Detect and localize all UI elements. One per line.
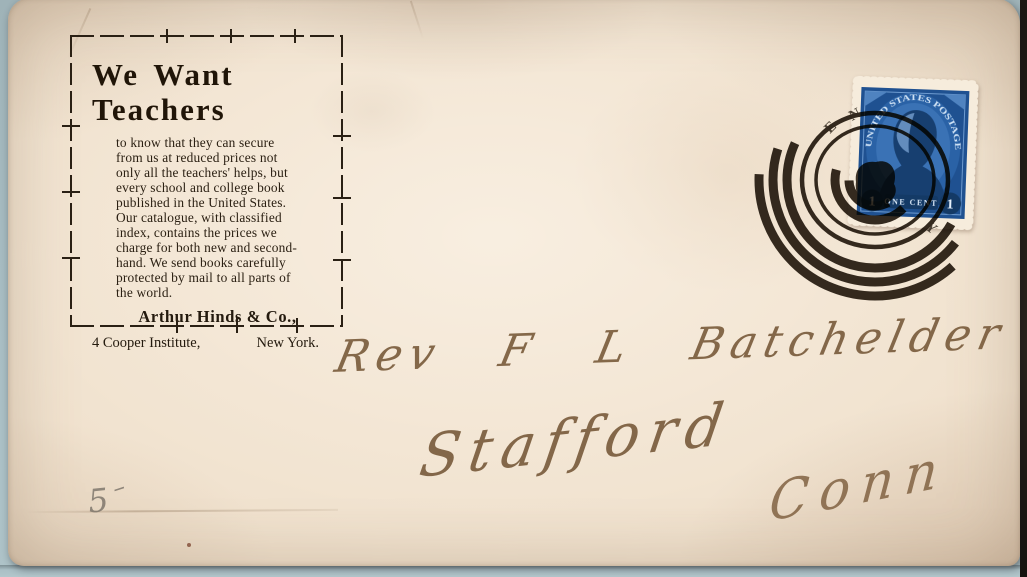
postmark-ink-blob <box>856 161 896 205</box>
envelope: We Want Teachers to know that they can s… <box>8 0 1020 566</box>
handwritten-recipient: Rev F L Batchelder <box>331 308 1012 383</box>
ad-border-ticks-right <box>333 75 351 315</box>
postmark-cancel: E N Y <box>752 96 1002 316</box>
ad-border-ticks-bottom <box>118 318 338 333</box>
advertisement-cornercard: We Want Teachers to know that they can s… <box>70 35 343 327</box>
scanner-background-bottom <box>0 565 1027 577</box>
crease-line <box>410 1 424 40</box>
crease-line <box>26 509 338 513</box>
scanned-envelope-photo: We Want Teachers to know that they can s… <box>0 0 1027 577</box>
scanner-background-right <box>1020 0 1027 577</box>
pencil-notation: 5– <box>86 479 122 520</box>
ad-headline-line2: Teachers <box>92 92 343 127</box>
ad-body-text: to know that they can secure from us at … <box>116 135 331 300</box>
handwritten-state: Conn <box>767 438 951 535</box>
paper-fleck <box>187 543 191 547</box>
postmark-letter: N <box>847 105 864 124</box>
pencil-notation-tick: – <box>109 472 129 502</box>
ad-headline: We Want Teachers <box>70 35 343 127</box>
ad-headline-line1: We Want <box>92 57 343 92</box>
postmark-letter: Y <box>922 219 941 238</box>
ad-street: 4 Cooper Institute, <box>92 335 200 352</box>
pencil-notation-value: 5 <box>86 481 110 521</box>
ad-border-ticks-left <box>62 61 80 311</box>
ad-border-ticks-top <box>104 29 334 43</box>
ad-city: New York. <box>257 335 319 352</box>
handwritten-town: Stafford <box>415 389 737 491</box>
